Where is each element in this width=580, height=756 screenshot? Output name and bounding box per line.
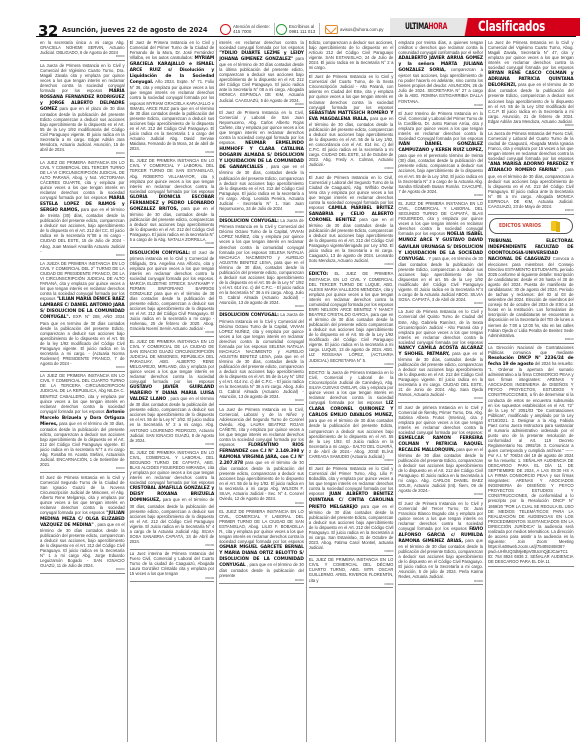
notice: DISOLUCION CONYUGAL: La Jueza de Primera…	[219, 218, 304, 311]
column-6: La Juez de Primera Instancia en lo Civil…	[486, 40, 576, 742]
column-3: interés en reclamar derechos contra la s…	[217, 40, 307, 742]
notice-text: El Juez Interino de Primera Instancia en…	[398, 111, 483, 141]
notice-text: La Juez de Primera Instancia en lo Civil…	[398, 309, 483, 344]
notice: LA JUEZ DE PRIMERA INSTANCIA EN LO CIVIL…	[40, 373, 125, 473]
notice-text: para que en el término de 30 días, conta…	[130, 206, 215, 242]
notice-text: La Juez interina de Primera Instancia de…	[130, 551, 215, 576]
notice-text: Edicto, comparezcan a deducir sus accion…	[309, 40, 394, 70]
brand-logo: ULTIMAHORA	[405, 22, 447, 32]
notice: El Juez de Primera Instancia en lo Civil…	[40, 475, 125, 575]
notice-code: R0000	[130, 577, 215, 580]
column-4: Edicto, comparezcan a deducir sus accion…	[307, 40, 397, 742]
notice-code: R0000	[309, 583, 394, 586]
column-1: en la secretaría única a mi cargo Abg. G…	[38, 40, 128, 742]
notice: TRIBUNAL ELECTORAL INDEPENDIENTE FACULTA…	[488, 238, 574, 344]
notice: El Juez de Primera Instancia en lo Civil…	[309, 466, 394, 556]
notice-text: , para que en el término de 30 días cont…	[40, 522, 125, 568]
notice-text: El Juez de Primera Instancia en lo Civil…	[40, 475, 125, 515]
notice: EDICTO: EL JUEZ DE PRIMERA INSTANCIA EN …	[309, 271, 394, 369]
notice-code: R0000	[40, 568, 125, 571]
notice-text: para que en el término de 30 días, conta…	[309, 116, 394, 167]
contact-value: avisos@uhora.com.py	[340, 27, 384, 32]
contact-value: 0981 111 013	[289, 29, 315, 34]
notice: LA JUEZ DE PRIMERA INSTANCIA EN LO CIVIL…	[40, 160, 125, 260]
notice-text: Año 2024. Expte. N° 71. Folio N° 36, cit…	[130, 79, 215, 151]
notice-text: para que en el término de 30 días, conta…	[40, 421, 125, 467]
notice-parties: "YDILIO DUARTE LEZME y LEIDY JOHANA GIME…	[219, 51, 304, 62]
notice-text: La Jueza de Primera Instancia en lo Civi…	[219, 312, 304, 399]
section-title: Clasificados	[478, 19, 545, 35]
notice-text: para que en el término de 30 días contad…	[219, 56, 304, 102]
notice: Edicto, comparezcan a deducir sus accion…	[309, 40, 394, 73]
notice-text: interés en reclamar derechos contra la s…	[219, 40, 304, 50]
notice-code: R0000	[130, 331, 215, 334]
notice: EL JUEZ DE PRIMERA INSTANCIA EN LO CIVIL…	[130, 450, 215, 550]
notice-text: . Y para que, en término de 30 días cont…	[398, 256, 483, 302]
notice-text: , para que en el término de 30 días, con…	[219, 164, 304, 210]
notice-text: EL JUEZ DE PRIMERA INSTANCIA EN LO CIVIL…	[309, 557, 394, 582]
notice: en la secretaría única a mi cargo Abg. G…	[40, 40, 125, 61]
notice-text: Convoca a elecciones para miembros del C…	[488, 256, 574, 338]
notice-parties: IVÁN DANIEL GONZALEZ CAMPUZANO y KEREN R…	[398, 142, 483, 153]
notice-text: El Juez de Primera Instancia en lo Civil…	[309, 175, 394, 210]
notice-code: R0000	[398, 302, 483, 305]
notice-text: LA JUEZ DE PRIMERA INSTANCIA EN LO CIVIL…	[40, 160, 125, 200]
notice-text: EL JUEZ DE PRIMERA INSTANCIA EN LO CIVIL…	[309, 271, 394, 363]
notice-code: R0000	[219, 103, 304, 106]
notice: LA JUEZA DE PRIMERA INSTANCIA EN LO CIVI…	[40, 261, 125, 372]
notice-code: R0000	[398, 104, 483, 107]
section-banner-edictos-varios: EDICTOS VARIOS	[489, 218, 573, 234]
notice-text: EL JUEZ DE PRIMERA INSTANCIA EN LO CIVIL…	[130, 158, 215, 193]
section-banner-label: EDICTOS VARIOS	[499, 223, 541, 229]
notice-text: EL JUEZ DE PRIMERA INSTANCIA EN LO CIVIL…	[219, 509, 304, 544]
header-rule	[36, 36, 576, 37]
contact-whatsapp: Escríbinos al0981 111 013	[276, 22, 320, 36]
notice-text: para que en el término de 30 días contad…	[398, 447, 483, 493]
notice-code: R0000	[219, 579, 304, 582]
notice-code: R0000	[398, 194, 483, 197]
notice-text: EL JUEZ DE PRIMERA INSTANCIA EN LO CIVIL…	[130, 339, 215, 384]
notice: La Dirección Nacional de Contrataciones …	[488, 345, 574, 567]
notice-code: R0000	[309, 363, 394, 366]
page-header: 32 Asunción, jueves 22 de agosto de 2024…	[0, 0, 580, 36]
notice: DISOLUCION CONYUGAL: La Jueza de Primera…	[219, 312, 304, 405]
contact-value: 415 7000	[233, 29, 251, 34]
notice-text: EL JUEZ DE PRIMERA INSTANCIA EN LO CIVIL…	[130, 450, 215, 485]
notice-text: del 2024 ha resuelto: "1. Ordenar la ape…	[488, 361, 574, 564]
notice-text: , para que, en el término de 30 días, co…	[488, 167, 574, 208]
brand-logo-b: HORA	[428, 22, 447, 32]
notice-code: R0000	[309, 550, 394, 553]
contact-email: avisos@uhora.com.py	[325, 22, 384, 36]
notice-text: para que en el término de 30 días contad…	[488, 82, 574, 123]
notice-text: EXP. N° 208, AÑO 2024 Para que en termin…	[40, 314, 125, 365]
notice-code: R0000	[309, 263, 394, 266]
notice-text: emplaza por treinta días, a quienes teng…	[398, 40, 483, 55]
notice-code: R0000	[219, 305, 304, 308]
column-2: El Juez de Primera Instancia en lo Civil…	[128, 40, 218, 742]
notice-text: para que en el término de 30 días contad…	[219, 460, 304, 501]
column-5: emplaza por treinta días, a quienes teng…	[396, 40, 486, 742]
notice: EL JUEZ DE PRIMERA INSTANCIA EN LO CIVIL…	[130, 158, 215, 248]
notice: El Juez de Primera Instancia en lo Civil…	[130, 40, 215, 157]
notice-text: El Juez de primera instancia en lo Civil…	[130, 250, 215, 332]
notice-text: EDICTO: la Jueza de Primera Instancia en…	[309, 370, 394, 405]
notice-code: R0000	[219, 211, 304, 214]
notice: EL JUEZ DE PRIMERA INSTANCIA EN LO CIVIL…	[219, 509, 304, 585]
phone-icon	[220, 24, 231, 35]
notice-code: R0000	[309, 459, 394, 462]
notice: EL JUEZ DE PRIMERA INSTANCIA EN LO CIVIL…	[130, 339, 215, 449]
notice-text: para que en el término de 30 días, conta…	[398, 351, 483, 397]
document-icon	[551, 221, 558, 231]
notice-code: R0000	[488, 124, 574, 127]
notice-text: en la secretaría única a mi cargo Abg. G…	[40, 40, 125, 55]
divider	[274, 23, 275, 35]
divider	[319, 23, 320, 35]
notice: La Juez de Primera Instancia en lo Civil…	[398, 309, 483, 403]
notice-code: R0000	[40, 152, 125, 155]
notice: La Juez de Primera Instancia en lo Civil…	[488, 40, 574, 130]
notice: El Juez de Primera Instancia en lo Civil…	[309, 175, 394, 270]
notice-text: La Juez de Primera Instancia en lo Civil…	[219, 407, 304, 447]
notice-code: R0000	[130, 242, 215, 245]
notice-text: LA JUEZA DE PRIMERA INSTANCIA EN LO CIVI…	[40, 261, 125, 301]
notice: DISOLUCIÓN CONYUGAL: El Juez de primera …	[130, 250, 215, 338]
notice-text: El Juez de Primera Instancia en lo Civil…	[309, 74, 394, 109]
notice: EL JUEZ DE PRIMERA INSTANCIA EN LO CIVIL…	[309, 557, 394, 588]
notice-code: R0000	[398, 493, 483, 496]
mail-icon	[325, 25, 338, 34]
notice-text: para que en el término de 30 días contad…	[309, 504, 394, 550]
notice-code: R0000	[309, 167, 394, 170]
notice-text: , para que en el término de 30 días cont…	[130, 396, 215, 442]
notice-text: para que en el término de 30 días contad…	[398, 538, 483, 579]
notice: interés en reclamar derechos contra la s…	[219, 40, 304, 108]
notice-text: para que en el término de 30 días contad…	[309, 418, 394, 458]
notice-code: R0000	[130, 544, 215, 547]
notice-code: R0000	[398, 580, 483, 583]
notice-code: R0000	[219, 399, 304, 402]
page-number: 32	[38, 22, 58, 40]
notice: La Jueza de Primera Instancia del Fuero …	[488, 131, 574, 215]
notice-code: R0000	[40, 55, 125, 58]
notice-text: La Dirección Nacional de Contrataciones …	[488, 345, 574, 355]
notice: EDICTO: la Jueza de Primera Instancia en…	[309, 370, 394, 465]
notice: El Juez de Primera Instancia en lo Civil…	[398, 501, 483, 586]
notice-code: R0000	[488, 338, 574, 341]
notice-text: para que en el perentorio término de tre…	[398, 153, 483, 193]
notice-text: La Jueza de Primera Instancia del Fuero …	[488, 131, 574, 161]
notice-text: para que en el término de 30 días contad…	[309, 217, 394, 263]
notice-code: R0000	[219, 502, 304, 505]
notice-code: R0000	[130, 443, 215, 446]
notice-text: La Juez de Primera Instancia en lo Civil…	[488, 40, 574, 70]
notice: La Juez interina de Primera Instancia de…	[130, 551, 215, 582]
notice-code: R0000	[398, 397, 483, 400]
notice: El Juez de primera Instancia en lo Civil…	[398, 405, 483, 500]
notice-text: para que en el término de treinta (30) d…	[40, 207, 125, 253]
notice: emplaza por treinta días, a quienes teng…	[398, 40, 483, 109]
notice: La Jueza de Primera Instancia en lo Civi…	[40, 63, 125, 159]
notice: El Juez de Primera Instancia en lo Civil…	[309, 74, 394, 173]
notice-text: comparezcan a ejercer sus acciones, bajo…	[398, 67, 483, 103]
brand-logo-a: ULTIMA	[405, 22, 428, 32]
whatsapp-icon	[276, 24, 287, 35]
notice: EL JUEZ DE PRIMERA INSTANCIA EN LO CIVIL…	[398, 201, 483, 308]
notice-code: R0000	[130, 151, 215, 154]
notice-code: R0000	[40, 366, 125, 369]
notice-text: LA JUEZ DE PRIMERA INSTANCIA EN LO CIVIL…	[40, 373, 125, 413]
notice: El Juez de Primera Instancia en lo Civil…	[219, 110, 304, 217]
notice-text: La Jueza de Primera Instancia en lo Civi…	[219, 218, 304, 305]
contact-phone: Atención al cliente:415 7000	[220, 22, 275, 36]
page-date: Asunción, jueves 22 de agosto de 2024	[62, 26, 207, 34]
notice-text: para que en el término de 30 días, conta…	[130, 497, 215, 543]
notice-text: El Juez de primera Instancia en lo Civil…	[398, 405, 483, 435]
notice: La Juez de Primera Instancia en lo Civil…	[219, 407, 304, 508]
notice-code: R0000	[488, 209, 574, 212]
notice-text: para que en el plazo de 30 días contados…	[40, 106, 125, 152]
notice-code: R0000	[40, 254, 125, 257]
classifieds-columns: en la secretaría única a mi cargo Abg. G…	[38, 40, 576, 742]
notice: El Juez Interino de Primera Instancia en…	[398, 111, 483, 200]
notice-text: El Juez de Primera Instancia en lo Civil…	[219, 110, 304, 145]
notice-code: R0000	[40, 467, 125, 470]
